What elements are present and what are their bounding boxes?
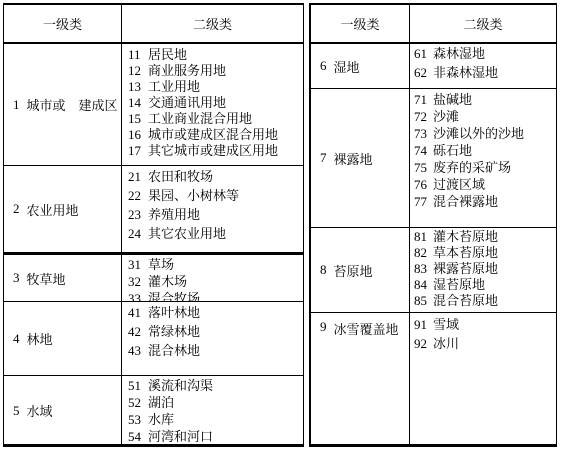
- subclass-item: 11居民地: [128, 47, 303, 63]
- subclass-code: 61: [414, 44, 433, 63]
- subclass-code: 32: [128, 273, 148, 290]
- level1-cell: 7 裸露地: [311, 89, 410, 227]
- header-level1-class: 一级类: [311, 5, 410, 42]
- subclass-code: 24: [128, 224, 148, 243]
- subclass-label: 溪流和沟渠: [148, 378, 213, 393]
- level1-code: 5: [13, 403, 20, 419]
- subclass-code: 72: [414, 108, 433, 125]
- level2-cell: 31草场32灌木场33混合牧场: [122, 255, 303, 301]
- land-classification-page: 一级类 二级类 1 城市或 建成区 11居民地12商业服务用地13工业用地14交…: [0, 0, 564, 449]
- subclass-code: 11: [128, 47, 148, 63]
- subclass-label: 废弃的采矿场: [433, 160, 511, 175]
- subclass-item: 75废弃的采矿场: [414, 159, 556, 176]
- level1-code: 8: [320, 262, 327, 278]
- level1-code: 3: [13, 270, 20, 286]
- table-row-water: 5 水域 51溪流和沟渠52湖泊53水库54河湾和河口: [4, 376, 303, 445]
- subclass-code: 43: [128, 341, 148, 360]
- subclass-item: 74砾石地: [414, 142, 556, 159]
- subclass-label: 常绿林地: [148, 324, 200, 339]
- subclass-item: 33混合牧场: [128, 290, 303, 301]
- subclass-code: 51: [128, 377, 148, 394]
- subclass-item: 77混合裸露地: [414, 193, 556, 210]
- level1-cell: 2 农业用地: [4, 166, 122, 252]
- subclass-label: 灌木场: [148, 274, 187, 289]
- subclass-label: 交通通讯用地: [148, 95, 226, 110]
- subclass-item: 51溪流和沟渠: [128, 377, 303, 394]
- subclass-item: 91雪域: [414, 315, 556, 334]
- subclass-label: 水库: [148, 412, 174, 427]
- subclass-label: 河湾和河口: [148, 429, 213, 444]
- level1-code: 9: [320, 319, 327, 335]
- subclass-item: 62非森林湿地: [414, 63, 556, 82]
- subclass-label: 其它城市或建成区用地: [148, 143, 278, 158]
- subclass-item: 83裸露苔原地: [414, 261, 556, 277]
- subclass-label: 养殖用地: [148, 207, 200, 222]
- subclass-item: 76过渡区域: [414, 176, 556, 193]
- level2-cell: 51溪流和沟渠52湖泊53水库54河湾和河口: [122, 376, 303, 445]
- subclass-label: 商业服务用地: [148, 63, 226, 78]
- level2-cell: 61森林湿地62非森林湿地: [410, 44, 556, 88]
- level2-cell: 81灌木苔原地82草本苔原地83裸露苔原地84湿苔原地85混合苔原地: [410, 228, 556, 312]
- subclass-label: 湿苔原地: [433, 277, 485, 292]
- level1-code: 7: [320, 150, 327, 166]
- subclass-label: 草场: [148, 257, 174, 272]
- table-row-urban: 1 城市或 建成区 11居民地12商业服务用地13工业用地14交通通讯用地15工…: [4, 44, 303, 166]
- subclass-code: 76: [414, 176, 433, 193]
- subclass-code: 15: [128, 111, 148, 127]
- level2-cell: 11居民地12商业服务用地13工业用地14交通通讯用地15工业商业混合用地16城…: [122, 44, 303, 165]
- subclass-code: 23: [128, 205, 148, 224]
- level1-name: 农业用地: [27, 200, 79, 219]
- subclass-code: 91: [414, 315, 433, 334]
- subclass-item: 54河湾和河口: [128, 428, 303, 445]
- subclass-code: 21: [128, 167, 148, 186]
- subclass-code: 53: [128, 411, 148, 428]
- subclass-code: 82: [414, 245, 433, 261]
- subclass-item: 32灌木场: [128, 273, 303, 290]
- subclass-label: 混合牧场: [148, 291, 200, 301]
- level1-name: 林地: [27, 329, 53, 348]
- subclass-label: 农田和牧场: [148, 169, 213, 184]
- table-row-forest: 4 林地 41落叶林地42常绿林地43混合林地: [4, 302, 303, 376]
- subclass-code: 81: [414, 229, 433, 245]
- header-level1-class: 一级类: [4, 5, 122, 42]
- table-row-snow-ice: 9 冰雪覆盖地 91雪域92冰川: [311, 313, 556, 444]
- subclass-item: 72沙滩: [414, 108, 556, 125]
- subclass-label: 其它农业用地: [148, 226, 226, 241]
- subclass-label: 混合苔原地: [433, 293, 498, 308]
- subclass-item: 52湖泊: [128, 394, 303, 411]
- subclass-label: 混合林地: [148, 343, 200, 358]
- level2-cell: 71盐碱地72沙滩73沙滩以外的沙地74砾石地75废弃的采矿场76过渡区域77混…: [410, 89, 556, 227]
- subclass-label: 砾石地: [433, 143, 472, 158]
- subclass-label: 灌木苔原地: [433, 229, 498, 244]
- subclass-item: 92冰川: [414, 334, 556, 353]
- level2-cell: 91雪域92冰川: [410, 313, 556, 444]
- subclass-item: 24其它农业用地: [128, 224, 303, 243]
- level1-cell: 4 林地: [4, 302, 122, 375]
- level1-cell: 1 城市或 建成区: [4, 44, 122, 165]
- subclass-item: 84湿苔原地: [414, 277, 556, 293]
- subclass-code: 22: [128, 186, 148, 205]
- subclass-label: 盐碱地: [433, 92, 472, 107]
- subclass-label: 落叶林地: [148, 305, 200, 320]
- level2-cell: 21农田和牧场22果园、小树林等23养殖用地24其它农业用地: [122, 166, 303, 252]
- subclass-code: 83: [414, 261, 433, 277]
- level1-name: 城市或 建成区: [27, 95, 118, 114]
- subclass-item: 42常绿林地: [128, 322, 303, 341]
- subclass-code: 17: [128, 143, 148, 159]
- level1-cell: 3 牧草地: [4, 255, 122, 301]
- subclass-label: 城市或建成区混合用地: [148, 127, 278, 142]
- table-row-wetland: 6 湿地 61森林湿地62非森林湿地: [311, 44, 556, 89]
- subclass-label: 森林湿地: [433, 46, 485, 61]
- level1-name: 苔原地: [334, 261, 373, 280]
- subclass-item: 73沙滩以外的沙地: [414, 125, 556, 142]
- level1-cell: 5 水域: [4, 376, 122, 445]
- level1-code: 4: [13, 331, 20, 347]
- level1-cell: 6 湿地: [311, 44, 410, 88]
- subclass-code: 75: [414, 159, 433, 176]
- subclass-code: 41: [128, 303, 148, 322]
- level1-code: 1: [13, 97, 20, 113]
- subclass-label: 工业商业混合用地: [148, 111, 252, 126]
- table-row-grassland: 3 牧草地 31草场32灌木场33混合牧场: [4, 255, 303, 302]
- level1-name: 水域: [27, 401, 53, 420]
- subclass-label: 果园、小树林等: [148, 188, 239, 203]
- subclass-code: 74: [414, 142, 433, 159]
- level1-name: 冰雪覆盖地: [334, 319, 399, 338]
- subclass-item: 85混合苔原地: [414, 293, 556, 309]
- subclass-item: 61森林湿地: [414, 44, 556, 63]
- table-row-bareland: 7 裸露地 71盐碱地72沙滩73沙滩以外的沙地74砾石地75废弃的采矿场76过…: [311, 89, 556, 228]
- subclass-item: 31草场: [128, 256, 303, 273]
- classification-table-left: 一级类 二级类 1 城市或 建成区 11居民地12商业服务用地13工业用地14交…: [3, 3, 304, 447]
- subclass-label: 混合裸露地: [433, 194, 498, 209]
- level1-code: 6: [320, 58, 327, 74]
- subclass-item: 82草本苔原地: [414, 245, 556, 261]
- subclass-code: 52: [128, 394, 148, 411]
- table-header-row: 一级类 二级类: [311, 5, 556, 44]
- subclass-code: 31: [128, 256, 148, 273]
- subclass-item: 22果园、小树林等: [128, 186, 303, 205]
- level2-cell: 41落叶林地42常绿林地43混合林地: [122, 302, 303, 375]
- subclass-code: 14: [128, 95, 148, 111]
- subclass-code: 54: [128, 428, 148, 445]
- subclass-item: 13工业用地: [128, 79, 303, 95]
- subclass-code: 85: [414, 293, 433, 309]
- subclass-label: 裸露苔原地: [433, 261, 498, 276]
- subclass-label: 过渡区域: [433, 177, 485, 192]
- subclass-label: 沙滩: [433, 109, 459, 124]
- subclass-code: 73: [414, 125, 433, 142]
- table-row-agriculture: 2 农业用地 21农田和牧场22果园、小树林等23养殖用地24其它农业用地: [4, 166, 303, 255]
- subclass-code: 62: [414, 63, 433, 82]
- subclass-item: 14交通通讯用地: [128, 95, 303, 111]
- subclass-item: 53水库: [128, 411, 303, 428]
- level1-name: 裸露地: [334, 149, 373, 168]
- level1-cell: 9 冰雪覆盖地: [311, 313, 410, 444]
- subclass-code: 33: [128, 290, 148, 301]
- subclass-label: 居民地: [148, 47, 187, 62]
- subclass-code: 16: [128, 127, 148, 143]
- subclass-item: 43混合林地: [128, 341, 303, 360]
- subclass-item: 81灌木苔原地: [414, 229, 556, 245]
- level1-name: 湿地: [334, 57, 360, 76]
- subclass-label: 湖泊: [148, 395, 174, 410]
- subclass-item: 71盐碱地: [414, 91, 556, 108]
- subclass-item: 23养殖用地: [128, 205, 303, 224]
- subclass-item: 21农田和牧场: [128, 167, 303, 186]
- subclass-label: 草本苔原地: [433, 245, 498, 260]
- subclass-item: 16城市或建成区混合用地: [128, 127, 303, 143]
- subclass-item: 12商业服务用地: [128, 63, 303, 79]
- subclass-code: 13: [128, 79, 148, 95]
- subclass-label: 冰川: [433, 336, 459, 351]
- table-row-tundra: 8 苔原地 81灌木苔原地82草本苔原地83裸露苔原地84湿苔原地85混合苔原地: [311, 228, 556, 313]
- subclass-code: 71: [414, 91, 433, 108]
- subclass-label: 非森林湿地: [433, 65, 498, 80]
- subclass-code: 84: [414, 277, 433, 293]
- header-level2-class: 二级类: [122, 5, 303, 42]
- subclass-item: 41落叶林地: [128, 303, 303, 322]
- subclass-label: 工业用地: [148, 79, 200, 94]
- classification-table-right: 一级类 二级类 6 湿地 61森林湿地62非森林湿地 7 裸露地 71盐碱地72…: [309, 3, 557, 447]
- subclass-code: 92: [414, 334, 433, 353]
- subclass-code: 12: [128, 63, 148, 79]
- subclass-item: 17其它城市或建成区用地: [128, 143, 303, 159]
- subclass-label: 雪域: [433, 317, 459, 332]
- level1-cell: 8 苔原地: [311, 228, 410, 312]
- table-header-row: 一级类 二级类: [4, 5, 303, 44]
- header-level2-class: 二级类: [410, 5, 556, 42]
- subclass-item: 15工业商业混合用地: [128, 111, 303, 127]
- level1-code: 2: [13, 201, 20, 217]
- subclass-code: 42: [128, 322, 148, 341]
- subclass-label: 沙滩以外的沙地: [433, 126, 524, 141]
- subclass-code: 77: [414, 193, 433, 210]
- level1-name: 牧草地: [27, 269, 66, 288]
